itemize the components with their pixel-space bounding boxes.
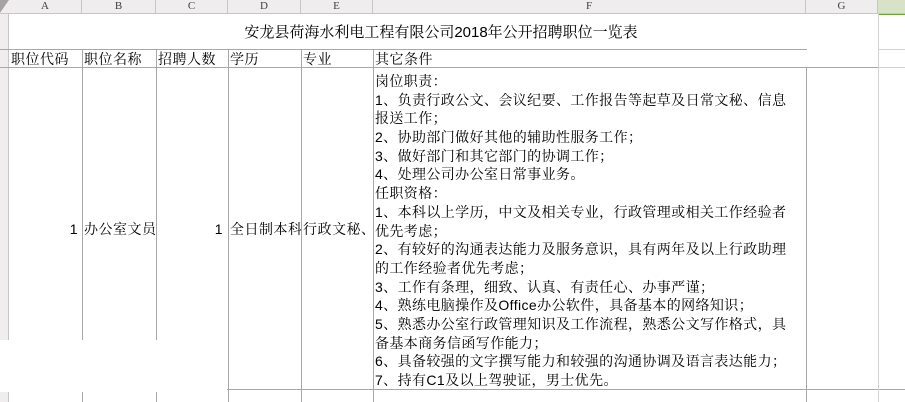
col-c-d-border <box>228 49 229 402</box>
column-header-g[interactable]: G <box>806 0 878 13</box>
cell-education[interactable]: 全日制本科 <box>230 68 301 389</box>
cell-other-conditions[interactable]: 岗位职责：1、负责行政公文、会议纪要、工作报告等起草及日常文秘、信息报送工作；2… <box>375 72 805 389</box>
header-cell-education[interactable]: 学历 <box>230 50 299 67</box>
header-cell-position-name[interactable]: 职位名称 <box>84 50 154 67</box>
gridline <box>878 49 905 50</box>
col-f-g-border <box>806 68 807 402</box>
select-all-corner[interactable] <box>0 0 9 13</box>
column-header-e[interactable]: E <box>301 0 373 13</box>
col-g-right-gridline <box>878 13 879 402</box>
column-header-c[interactable]: C <box>156 0 228 13</box>
header-cell-other-conditions[interactable]: 其它条件 <box>375 50 575 67</box>
column-header-b[interactable]: B <box>82 0 156 13</box>
column-header-d[interactable]: D <box>228 0 301 13</box>
col-d-e-border <box>301 49 302 402</box>
header-cell-headcount[interactable]: 招聘人数 <box>158 50 226 67</box>
column-header-a[interactable]: A <box>9 0 82 13</box>
sheet-title-cell[interactable]: 安龙县荷海水利电工程有限公司2018年公开招聘职位一览表 <box>9 13 873 49</box>
header-cell-major[interactable]: 专业 <box>303 50 371 67</box>
whiteout-overlay <box>0 340 227 392</box>
column-header-f[interactable]: F <box>373 0 806 13</box>
row-header-strip[interactable] <box>0 13 9 340</box>
gridline <box>878 67 905 68</box>
header-cell-position-code[interactable]: 职位代码 <box>11 50 80 67</box>
row-header-strip-bottom[interactable] <box>0 392 9 402</box>
spreadsheet: A B C D E F G 安龙县荷海水利电工程有限公司2018年公开招聘职位一… <box>0 0 905 402</box>
cell-major[interactable]: 行政文秘、 <box>303 68 373 389</box>
col-e-f-border <box>373 49 374 402</box>
